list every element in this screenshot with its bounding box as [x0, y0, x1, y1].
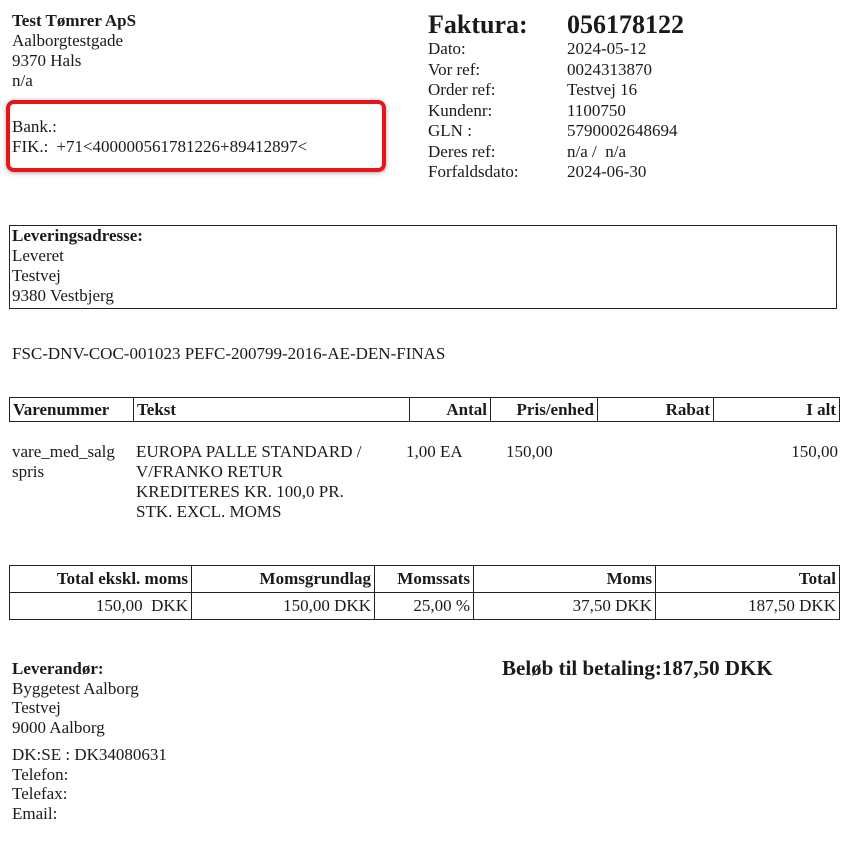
col-ialt: I alt [714, 398, 840, 422]
col-antal: Antal [410, 398, 491, 422]
meta-label: GLN : [428, 121, 567, 142]
col-varenummer: Varenummer [10, 398, 134, 422]
totals-value: 25,00 % [375, 593, 474, 620]
meta-row-gln: GLN :5790002648694 [428, 121, 678, 142]
lines-table-header: Varenummer Tekst Antal Pris/enhed Rabat … [9, 397, 840, 422]
meta-value: 5790002648694 [567, 121, 678, 142]
meta-row-their-ref: Deres ref:n/a / n/a [428, 142, 678, 163]
supplier-name: Byggetest Aalborg [12, 679, 167, 699]
cell-ialt: 150,00 [696, 442, 838, 522]
seller-address: Test Tømrer ApS Aalborgtestgade 9370 Hal… [12, 11, 136, 91]
meta-label: Forfaldsdato: [428, 162, 567, 183]
meta-label: Deres ref: [428, 142, 567, 163]
fik-label: FIK.: [12, 137, 48, 156]
cell-rabat [596, 442, 696, 522]
cell-pris: 150,00 [506, 442, 596, 522]
meta-label: Kundenr: [428, 101, 567, 122]
col-pris: Pris/enhed [491, 398, 598, 422]
meta-label: Vor ref: [428, 60, 567, 81]
seller-name: Test Tømrer ApS [12, 11, 136, 31]
meta-value: Testvej 16 [567, 80, 637, 101]
meta-row-date: Dato:2024-05-12 [428, 39, 678, 60]
certification-text: FSC-DNV-COC-001023 PEFC-200799-2016-AE-D… [12, 344, 445, 364]
cell-antal: 1,00 EA [406, 442, 506, 522]
meta-label: Order ref: [428, 80, 567, 101]
meta-value: 1100750 [567, 101, 626, 122]
cell-varenummer: vare_med_salg spris [12, 442, 136, 522]
supplier-vat: DK:SE : DK34080631 [12, 745, 167, 765]
table-row: vare_med_salg spris EUROPA PALLE STANDAR… [12, 442, 838, 522]
supplier-city: 9000 Aalborg [12, 718, 167, 738]
totals-table: Total ekskl. moms Momsgrundlag Momssats … [9, 565, 840, 620]
meta-value: 2024-05-12 [567, 39, 646, 60]
seller-street: Aalborgtestgade [12, 31, 136, 51]
supplier-heading: Leverandør: [12, 659, 167, 679]
amount-due: Beløb til betaling:187,50 DKK [502, 655, 773, 681]
supplier-fax-label: Telefax: [12, 784, 167, 804]
totals-value: 187,50 DKK [656, 593, 840, 620]
supplier-street: Testvej [12, 698, 167, 718]
meta-row-our-ref: Vor ref:0024313870 [428, 60, 678, 81]
bank-label: Bank.: [12, 117, 57, 136]
cell-text: vare_med_salg [12, 442, 136, 462]
meta-value: 2024-06-30 [567, 162, 646, 183]
supplier-info: Leverandør: Byggetest Aalborg Testvej 90… [12, 659, 167, 823]
invoice-meta: Dato:2024-05-12 Vor ref:0024313870 Order… [428, 39, 678, 183]
cell-text: EUROPA PALLE STANDARD / [136, 442, 406, 462]
meta-value: 0024313870 [567, 60, 652, 81]
meta-row-customer-no: Kundenr:1100750 [428, 101, 678, 122]
col-rabat: Rabat [598, 398, 714, 422]
cell-text: spris [12, 462, 136, 482]
delivery-address-box: Leveringsadresse: Leveret Testvej 9380 V… [9, 225, 837, 309]
delivery-line: Leveret [12, 246, 836, 266]
cell-tekst: EUROPA PALLE STANDARD / V/FRANKO RETUR K… [136, 442, 406, 522]
totals-header: Momsgrundlag [192, 566, 375, 593]
cell-text: KREDITERES KR. 100,0 PR. [136, 482, 406, 502]
meta-label: Dato: [428, 39, 567, 60]
cell-text: V/FRANKO RETUR [136, 462, 406, 482]
supplier-phone-label: Telefon: [12, 765, 167, 785]
totals-header: Moms [474, 566, 656, 593]
meta-row-due-date: Forfaldsdato:2024-06-30 [428, 162, 678, 183]
totals-value: 37,50 DKK [474, 593, 656, 620]
invoice-title: Faktura: [428, 10, 528, 40]
delivery-line: Testvej [12, 266, 836, 286]
totals-header: Total [656, 566, 840, 593]
bank-info: Bank.: FIK.:+71<400000561781226+89412897… [12, 117, 307, 157]
delivery-heading: Leveringsadresse: [12, 226, 836, 246]
supplier-email-label: Email: [12, 804, 167, 824]
seller-city: 9370 Hals [12, 51, 136, 71]
invoice-number: 056178122 [567, 10, 684, 40]
totals-value: 150,00 DKK [10, 593, 192, 620]
totals-header: Total ekskl. moms [10, 566, 192, 593]
delivery-line: 9380 Vestbjerg [12, 286, 836, 306]
meta-value: n/a / n/a [567, 142, 626, 163]
totals-value: 150,00 DKK [192, 593, 375, 620]
col-tekst: Tekst [134, 398, 410, 422]
meta-row-order-ref: Order ref:Testvej 16 [428, 80, 678, 101]
totals-header: Momssats [375, 566, 474, 593]
cell-text: STK. EXCL. MOMS [136, 502, 406, 522]
seller-extra: n/a [12, 71, 136, 91]
fik-value: +71<400000561781226+89412897< [56, 137, 307, 156]
